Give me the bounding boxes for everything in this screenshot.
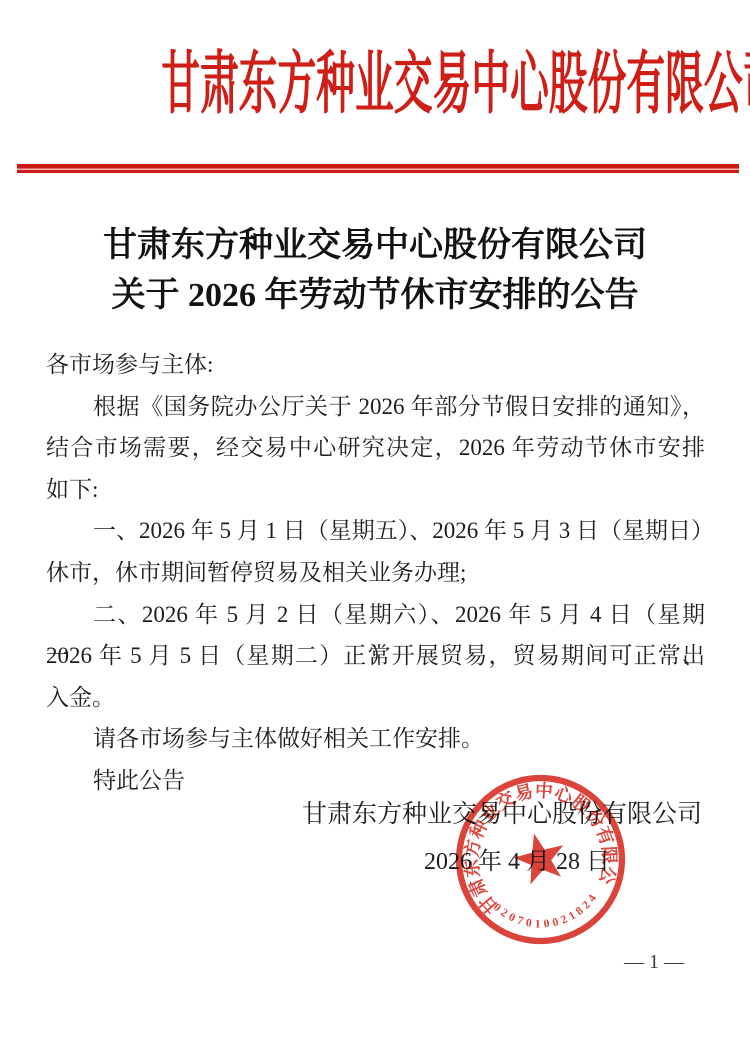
document-body: 各市场参与主体: 根据《国务院办公厅关于 2026 年部分节假日安排的通知》， …	[46, 344, 705, 802]
letterhead-divider-line	[17, 164, 739, 173]
document-title-line1: 甘肃东方种业交易中心股份有限公司	[0, 221, 750, 271]
letterhead-company-name: 甘肃东方种业交易中心股份有限公司	[161, 42, 589, 126]
body-line-item-1: 一、2026 年 5 月 1 日（星期五）、2026 年 5 月 3 日（星期日…	[46, 510, 705, 552]
body-line-item-2: 二、2026 年 5 月 2 日（星期六）、2026 年 5 月 4 日（星期一…	[46, 594, 705, 636]
seal-star-icon	[509, 827, 570, 886]
salutation-line: 各市场参与主体:	[46, 344, 705, 386]
body-line: 休市，休市期间暂停贸易及相关业务办理;	[46, 552, 705, 594]
document-title-line2: 关于 2026 年劳动节休市安排的公告	[0, 271, 750, 321]
document-title: 甘肃东方种业交易中心股份有限公司 关于 2026 年劳动节休市安排的公告	[0, 221, 750, 321]
body-line: 结合市场需要，经交易中心研究决定，2026 年劳动节休市安排	[46, 427, 705, 469]
body-line: 如下:	[46, 469, 705, 511]
announcement-document-page: 甘肃东方种业交易中心股份有限公司 甘肃东方种业交易中心股份有限公司 关于 202…	[0, 0, 750, 1038]
page-number: — 1 —	[624, 951, 684, 974]
body-line: 2026 年 5 月 5 日（星期二）正常开展贸易，贸易期间可正常出	[46, 635, 705, 677]
body-line: 根据《国务院办公厅关于 2026 年部分节假日安排的通知》，	[46, 386, 705, 428]
body-line: 入金。	[46, 677, 705, 719]
